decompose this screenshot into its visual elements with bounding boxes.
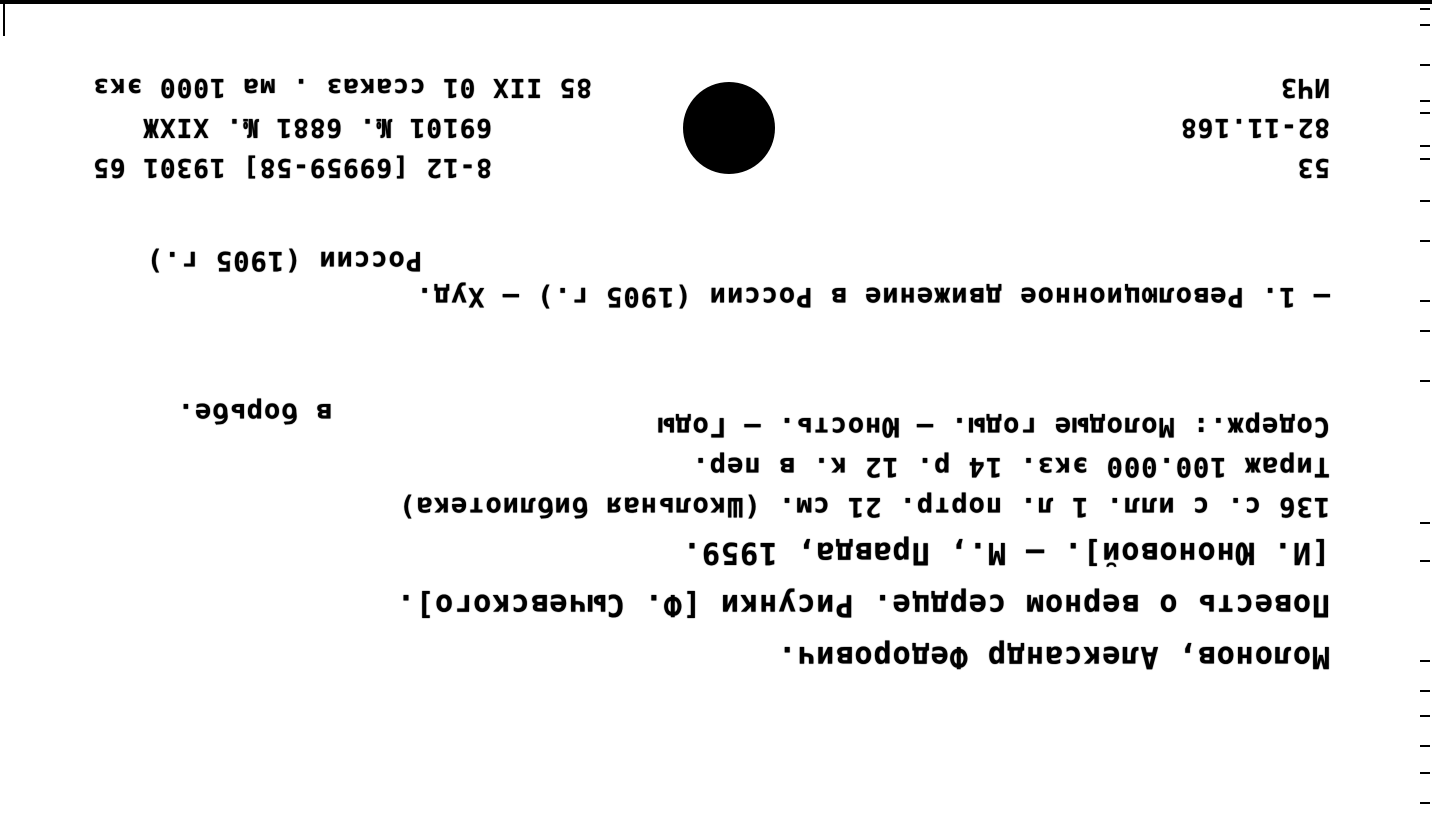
card-contents: Содерж.: Молодые годы. — Юность. — Годы — [657, 411, 1330, 442]
card-footer-left-2: 69101 №. 6881 №. XIXЖ — [142, 112, 492, 142]
card-subject-cont: России (1905 г.) — [146, 245, 422, 276]
card-contents-end: в борьбе. — [177, 397, 332, 428]
scan-edge-marks — [1418, 0, 1430, 832]
card-subject: — 1. Революционное движение в России (19… — [415, 281, 1330, 312]
card-edition: Тираж 100.000 экз. 14 р. 12 к. в пер. — [692, 451, 1330, 482]
card-collation: 136 с. с илл. 1 л. портр. 21 см. (Школьн… — [398, 491, 1330, 522]
card-imprint: [И. Юноновой]. — М., Правда, 1959. — [682, 535, 1330, 570]
card-footer-right-2: 82-11.168 — [1180, 112, 1330, 142]
card-footer-right-3: ИЧЗ — [1280, 72, 1330, 102]
card-footer-left-3: 85 IIX 01 ссаказ . ма 1000 экз — [92, 72, 592, 102]
card-title: Повесть о верном сердце. Рисунки [Ф. Сыч… — [396, 587, 1330, 622]
card-author: Молонов, Александр Федорович. — [777, 639, 1330, 674]
punch-hole — [683, 82, 775, 174]
card-footer-left-1: 8-12 [69959-58] 19301 65 — [92, 152, 492, 182]
card-footer-right-1: 53 — [1297, 152, 1330, 182]
